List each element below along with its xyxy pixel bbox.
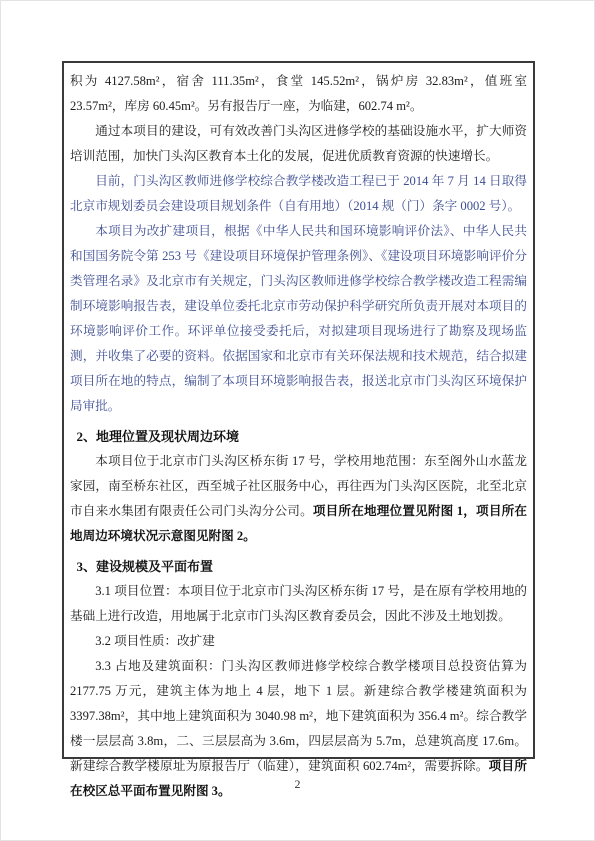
floor-area-text: 3.3 占地及建筑面积：门头沟区教师进修学校综合教学楼项目总投资估算为 2177…: [70, 659, 527, 773]
section-heading-3-scale: 3、建设规模及平面布置: [70, 554, 527, 579]
paragraph-planning-permit: 目前，门头沟区教师进修学校综合教学楼改造工程已于 2014 年 7 月 14 日…: [70, 169, 527, 219]
section-heading-2-location: 2、地理位置及现状周边环境: [70, 424, 527, 449]
page-number: 2: [1, 777, 594, 792]
report-table-cell: 积为 4127.58m²，宿舍 111.35m²，食堂 145.52m²，锅炉房…: [62, 61, 535, 759]
paragraph-3-1-project-position: 3.1 项目位置：本项目位于北京市门头沟区桥东街 17 号，是在原有学校用地的基…: [70, 579, 527, 629]
report-page: 积为 4127.58m²，宿舍 111.35m²，食堂 145.52m²，锅炉房…: [0, 0, 595, 841]
paragraph-project-benefit: 通过本项目的建设，可有效改善门头沟区进修学校的基础设施水平，扩大师资培训范围，加…: [70, 119, 527, 169]
paragraph-building-areas: 积为 4127.58m²，宿舍 111.35m²，食堂 145.52m²，锅炉房…: [70, 69, 527, 119]
paragraph-3-2-project-nature: 3.2 项目性质：改扩建: [70, 629, 527, 654]
paragraph-eia-basis: 本项目为改扩建项目，根据《中华人民共和国环境影响评价法》、中华人民共和国国务院令…: [70, 219, 527, 419]
paragraph-site-location: 本项目位于北京市门头沟区桥东街 17 号，学校用地范围：东至阁外山水蓝龙家园，南…: [70, 449, 527, 549]
